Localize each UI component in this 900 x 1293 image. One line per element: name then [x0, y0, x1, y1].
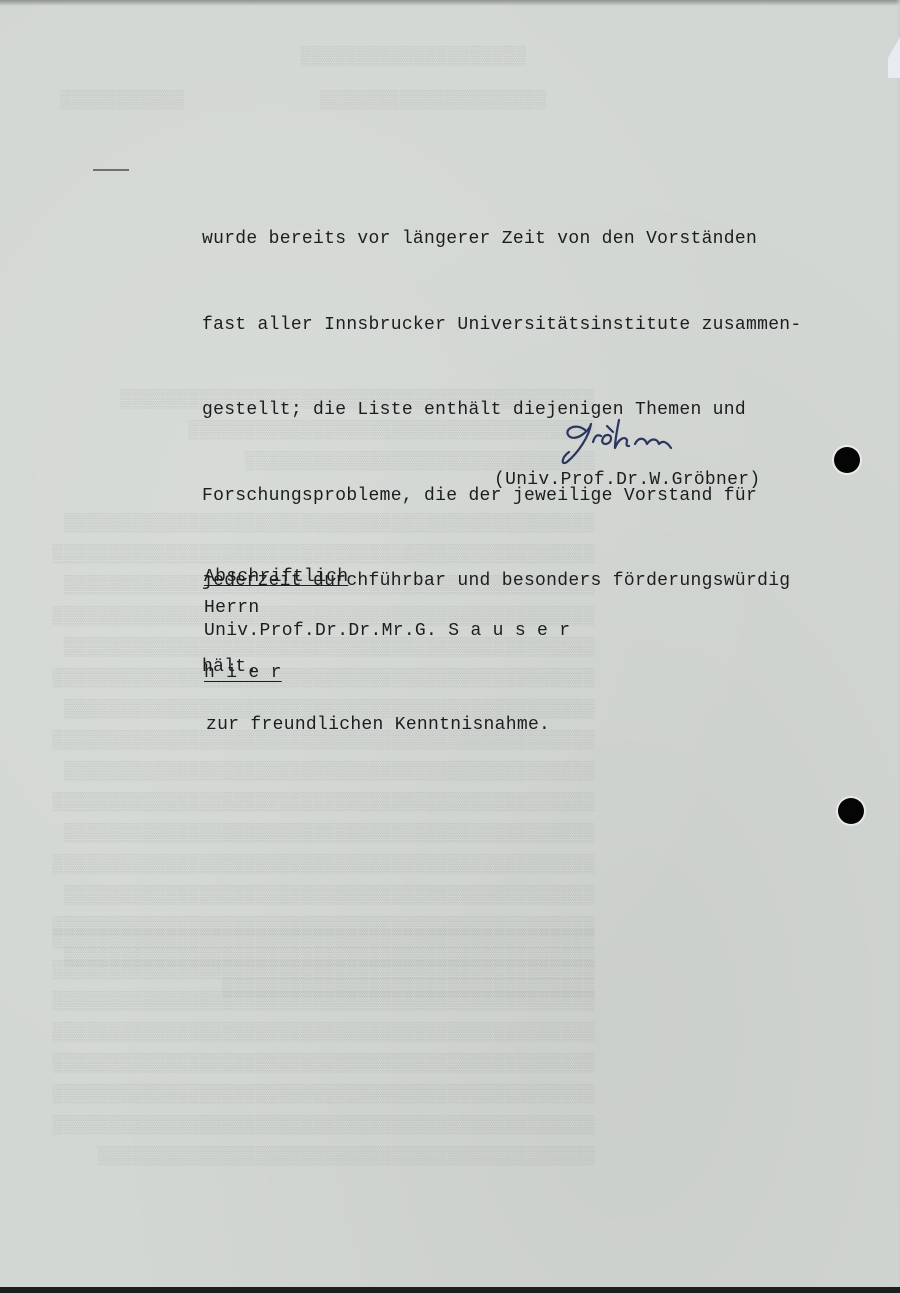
- recipient-salutation: Herrn: [204, 598, 260, 618]
- recipient-location: h i e r: [204, 663, 282, 683]
- closing-line: zur freundlichen Kenntnisnahme.: [206, 715, 550, 735]
- page-top-shadow: [0, 0, 900, 6]
- page-corner-tear: [888, 30, 900, 78]
- punch-hole: [834, 447, 860, 473]
- page-right-edge: [896, 0, 900, 1293]
- show-through-texture: ▒▒▒▒▒▒▒▒▒▒▒▒▒▒▒▒▒▒▒▒▒▒▒▒▒▒▒▒▒▒▒▒▒▒▒▒▒▒▒▒…: [52, 925, 594, 1173]
- copy-notice-label: Abschriftlich: [204, 567, 348, 587]
- body-line: fast aller Innsbrucker Universitätsinsti…: [202, 311, 802, 340]
- body-line: hält.: [202, 653, 802, 682]
- show-through-texture: ▒▒▒▒▒▒▒▒▒▒▒▒▒▒▒▒▒▒▒▒: [300, 42, 526, 73]
- handwritten-signature: [555, 408, 705, 468]
- page-bottom-edge: [0, 1287, 900, 1293]
- punch-hole: [838, 798, 864, 824]
- recipient-name: Univ.Prof.Dr.Dr.Mr.G. S a u s e r: [204, 621, 570, 641]
- body-line: wurde bereits vor längerer Zeit von den …: [202, 225, 802, 254]
- body-line: gestellt; die Liste enthält diejenigen T…: [202, 396, 802, 425]
- signatory-name: (Univ.Prof.Dr.W.Gröbner): [494, 470, 760, 490]
- body-paragraph: wurde bereits vor längerer Zeit von den …: [202, 168, 802, 738]
- margin-dash-mark: [93, 169, 129, 171]
- show-through-texture: ▒▒▒▒▒▒▒▒▒▒▒▒▒▒▒▒▒▒▒▒ ▒▒▒▒▒▒▒▒▒▒▒: [60, 86, 546, 117]
- document-page: ▒▒▒▒▒▒▒▒▒▒▒▒▒▒▒▒▒▒▒▒ ▒▒▒▒▒▒▒▒▒▒▒▒▒▒▒▒▒▒▒…: [0, 0, 900, 1293]
